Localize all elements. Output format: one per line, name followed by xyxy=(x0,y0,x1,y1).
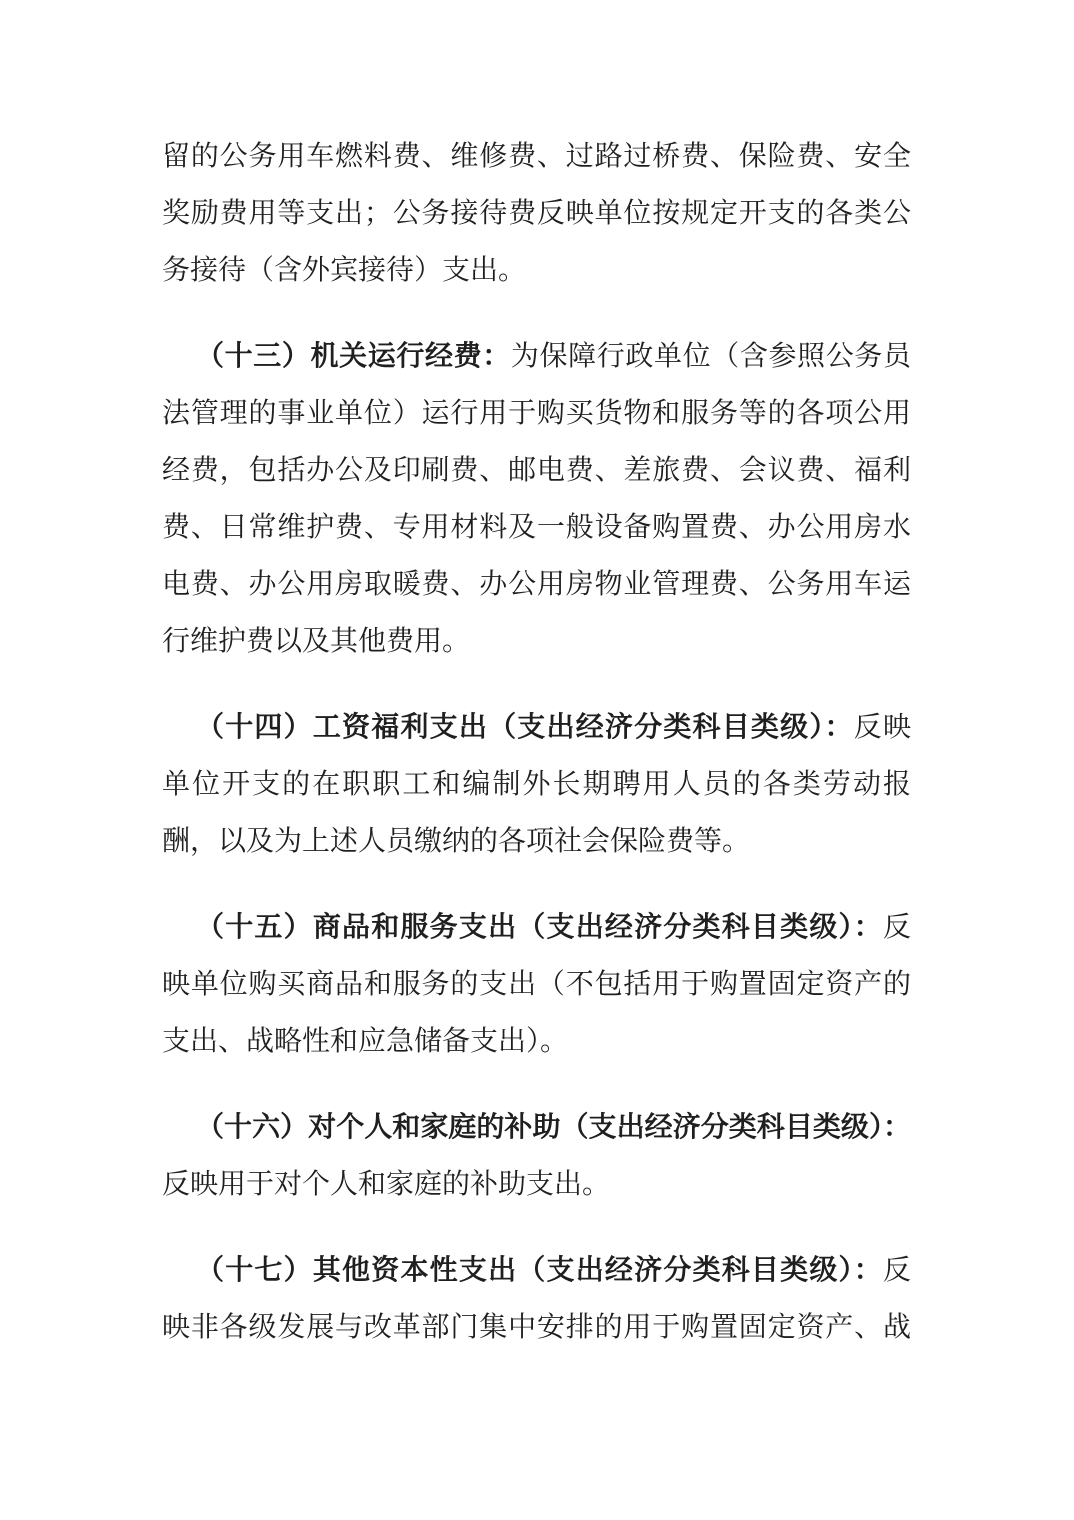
text-line: 务接待（含外宾接待）支出。 xyxy=(162,242,911,299)
text-line: 留的公务用车燃料费、维修费、过路过桥费、保险费、安全 xyxy=(162,128,911,185)
body-text: 单位开支的在职职工和编制外长期聘用人员的各类劳动报 xyxy=(162,769,911,800)
body-text: 支出、战略性和应急储备支出）。 xyxy=(162,1026,568,1057)
paragraph: （十三）机关运行经费：为保障行政单位（含参照公务员法管理的事业单位）运行用于购买… xyxy=(162,328,911,670)
term-lead-text: （十六）对个人和家庭的补助（支出经济分类科目类级）： xyxy=(196,1112,911,1143)
text-line: 费、日常维护费、专用材料及一般设备购置费、办公用房水 xyxy=(162,499,911,556)
term-lead-text: （十三）机关运行经费： xyxy=(196,341,511,372)
text-line: 经费，包括办公及印刷费、邮电费、差旅费、会议费、福利 xyxy=(162,442,911,499)
body-text: 电费、办公用房取暖费、办公用房物业管理费、公务用车运 xyxy=(162,569,911,600)
body-text: 费、日常维护费、专用材料及一般设备购置费、办公用房水 xyxy=(162,512,911,543)
body-text: 奖励费用等支出；公务接待费反映单位按规定开支的各类公 xyxy=(162,198,911,229)
text-line: 电费、办公用房取暖费、办公用房物业管理费、公务用车运 xyxy=(162,556,911,613)
body-text: 经费，包括办公及印刷费、邮电费、差旅费、会议费、福利 xyxy=(162,455,911,486)
text-line: 映非各级发展与改革部门集中安排的用于购置固定资产、战 xyxy=(162,1299,911,1356)
term-lead-text: （十七）其他资本性支出（支出经济分类科目类级）： xyxy=(196,1255,883,1286)
text-line: （十五）商品和服务支出（支出经济分类科目类级）：反 xyxy=(162,899,911,956)
body-text: 反 xyxy=(883,1255,911,1286)
text-line: 法管理的事业单位）运行用于购买货物和服务等的各项公用 xyxy=(162,385,911,442)
text-line: 行维护费以及其他费用。 xyxy=(162,613,911,670)
paragraph: （十四）工资福利支出（支出经济分类科目类级）：反映单位开支的在职职工和编制外长期… xyxy=(162,699,911,870)
body-text: 反 xyxy=(883,912,911,943)
paragraph: （十七）其他资本性支出（支出经济分类科目类级）：反映非各级发展与改革部门集中安排… xyxy=(162,1242,911,1356)
body-text: 行维护费以及其他费用。 xyxy=(162,626,470,657)
text-line: 反映用于对个人和家庭的补助支出。 xyxy=(162,1156,911,1213)
term-lead-text: （十五）商品和服务支出（支出经济分类科目类级）： xyxy=(196,912,883,943)
paragraph: （十六）对个人和家庭的补助（支出经济分类科目类级）：反映用于对个人和家庭的补助支… xyxy=(162,1099,911,1213)
text-line: 映单位购买商品和服务的支出（不包括用于购置固定资产的 xyxy=(162,956,911,1013)
text-line: 单位开支的在职职工和编制外长期聘用人员的各类劳动报 xyxy=(162,756,911,813)
body-text: 酬，以及为上述人员缴纳的各项社会保险费等。 xyxy=(162,826,750,857)
paragraph: 留的公务用车燃料费、维修费、过路过桥费、保险费、安全奖励费用等支出；公务接待费反… xyxy=(162,128,911,299)
text-line: 奖励费用等支出；公务接待费反映单位按规定开支的各类公 xyxy=(162,185,911,242)
paragraph: （十五）商品和服务支出（支出经济分类科目类级）：反映单位购买商品和服务的支出（不… xyxy=(162,899,911,1070)
body-text: 映非各级发展与改革部门集中安排的用于购置固定资产、战 xyxy=(162,1312,911,1343)
text-line: （十三）机关运行经费：为保障行政单位（含参照公务员 xyxy=(162,328,911,385)
body-text: 法管理的事业单位）运行用于购买货物和服务等的各项公用 xyxy=(162,398,911,429)
text-line: 支出、战略性和应急储备支出）。 xyxy=(162,1013,911,1070)
body-text: 反映 xyxy=(854,712,911,743)
body-text: 为保障行政单位（含参照公务员 xyxy=(511,341,911,372)
body-text: 留的公务用车燃料费、维修费、过路过桥费、保险费、安全 xyxy=(162,141,911,172)
text-line: （十六）对个人和家庭的补助（支出经济分类科目类级）： xyxy=(162,1099,911,1156)
document-body: 留的公务用车燃料费、维修费、过路过桥费、保险费、安全奖励费用等支出；公务接待费反… xyxy=(162,128,911,1356)
text-line: （十七）其他资本性支出（支出经济分类科目类级）：反 xyxy=(162,1242,911,1299)
text-line: （十四）工资福利支出（支出经济分类科目类级）：反映 xyxy=(162,699,911,756)
text-line: 酬，以及为上述人员缴纳的各项社会保险费等。 xyxy=(162,813,911,870)
term-lead-text: （十四）工资福利支出（支出经济分类科目类级）： xyxy=(196,712,854,743)
body-text: 反映用于对个人和家庭的补助支出。 xyxy=(162,1169,610,1200)
body-text: 映单位购买商品和服务的支出（不包括用于购置固定资产的 xyxy=(162,969,911,1000)
body-text: 务接待（含外宾接待）支出。 xyxy=(162,255,526,286)
document-page: 留的公务用车燃料费、维修费、过路过桥费、保险费、安全奖励费用等支出；公务接待费反… xyxy=(0,0,1074,1520)
